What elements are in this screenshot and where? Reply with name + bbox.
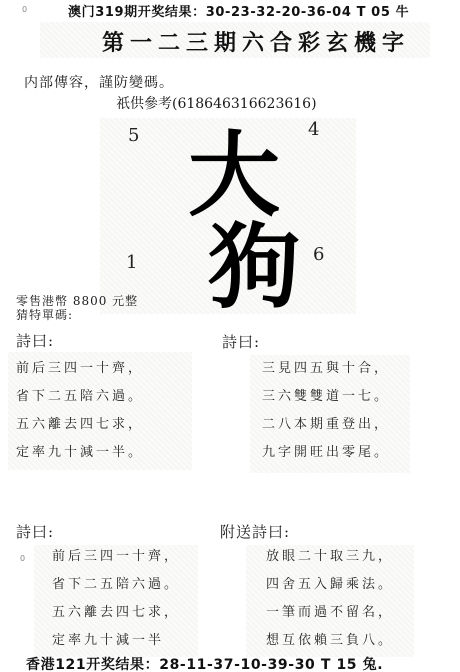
macau-result: 澳门319期开奖结果：30-23-32-20-36-04 T 05 牛	[68, 1, 409, 20]
poem-line: 前后三四一十齊，	[52, 543, 180, 571]
poem-3-marker: 0	[20, 554, 25, 563]
notice-text: 内部傳容，謹防變碼。	[24, 72, 174, 92]
corner-mark: 0	[22, 5, 27, 14]
poem-line: 想互依賴三負八。	[266, 627, 394, 655]
number-top-right: 4	[308, 119, 319, 140]
zodiac-char-dog: 狗	[208, 222, 300, 314]
number-bottom-right: 6	[313, 244, 324, 265]
poem-line: 五六離去四七求，	[52, 599, 180, 627]
poem-line: 三六雙雙道一七。	[262, 383, 390, 411]
poem-line: 定率九十減一半。	[16, 439, 144, 467]
poem-line: 放眼二十取三九，	[266, 543, 394, 571]
poem-line: 省下二五陪六過。	[16, 383, 144, 411]
poem-line: 二八本期重登出，	[262, 411, 390, 439]
special-code-label: 猜特單碼:	[16, 306, 73, 323]
poem-line: 定率九十減一半	[52, 627, 180, 655]
poem-2: 三見四五與十合， 三六雙雙道一七。 二八本期重登出， 九字開旺出零尾。	[262, 355, 390, 467]
poem-line: 九字開旺出零尾。	[262, 439, 390, 467]
reference-text: 祇供參考(618646316623616)	[116, 93, 317, 113]
poem-line: 三見四五與十合，	[262, 355, 390, 383]
poem-1-heading: 詩曰:	[16, 330, 54, 351]
poem-3-heading: 詩曰:	[16, 521, 54, 542]
poem-line: 五六離去四七求，	[16, 411, 144, 439]
poem-4-heading: 附送詩曰:	[220, 521, 290, 542]
hk-result: 香港121开奖结果：28-11-37-10-39-30 T 15 兔.	[26, 654, 383, 672]
poem-line: 省下二五陪六過。	[52, 571, 180, 599]
poem-line: 前后三四一十齊，	[16, 355, 144, 383]
poem-2-heading: 詩曰:	[222, 331, 260, 352]
zodiac-char-big: 大	[188, 130, 280, 222]
number-bottom-left: 1	[126, 252, 137, 273]
poem-4: 放眼二十取三九， 四舍五入歸乘法。 一筆而過不留名， 想互依賴三負八。	[266, 543, 394, 655]
poem-line: 四舍五入歸乘法。	[266, 571, 394, 599]
number-top-left: 5	[128, 125, 139, 146]
poem-3: 前后三四一十齊， 省下二五陪六過。 五六離去四七求， 定率九十減一半	[52, 543, 180, 655]
poem-1: 前后三四一十齊， 省下二五陪六過。 五六離去四七求， 定率九十減一半。	[16, 355, 144, 467]
poem-line: 一筆而過不留名，	[266, 599, 394, 627]
page-title: 第一二三期六合彩玄機字	[102, 26, 410, 57]
